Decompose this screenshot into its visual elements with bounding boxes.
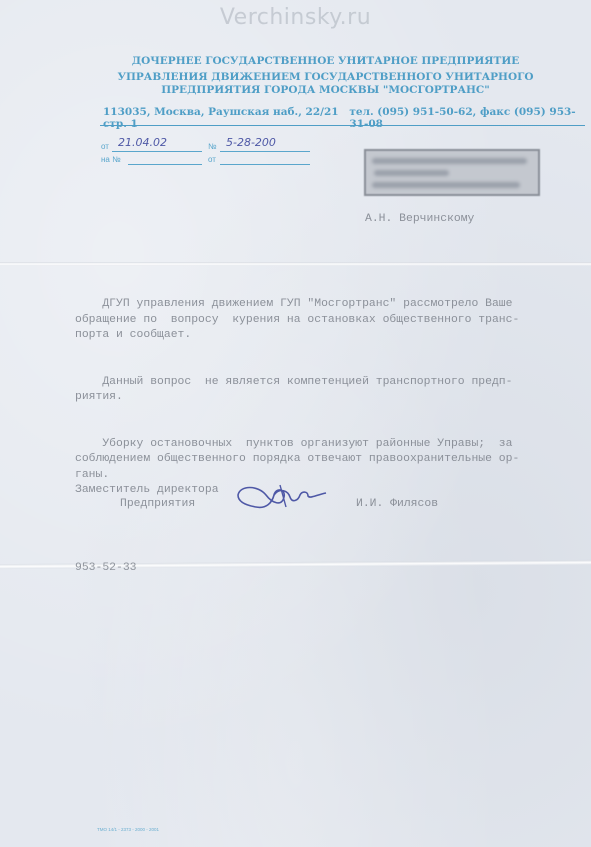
- number-label: №: [208, 142, 217, 151]
- addressee: А.Н. Верчинскому: [365, 213, 474, 225]
- letterhead-contacts: тел. (095) 951-50-62, факс (095) 953-31-…: [349, 106, 583, 130]
- body-paragraph: ДГУП управления движением ГУП "Мосгортра…: [75, 297, 575, 344]
- letterhead-divider: [100, 125, 585, 126]
- handwritten-date: 21.04.02: [118, 136, 167, 149]
- signatory-title-line-2: Предприятия: [120, 498, 195, 510]
- number-underline: [220, 151, 310, 152]
- form-code: ТМО 14/1 - 2373 - 2000 - 2001: [97, 827, 159, 832]
- watermark: Verchinsky.ru: [0, 5, 591, 30]
- handwritten-signature: [236, 481, 328, 513]
- body-paragraph: Уборку остановочных пунктов организуют р…: [75, 437, 575, 484]
- body-paragraph: Данный вопрос не является компетенцией т…: [75, 375, 575, 406]
- reply-from-label: от: [208, 155, 216, 164]
- signatory-title-line-1: Заместитель директора: [75, 484, 219, 496]
- signatory-name: И.И. Филясов: [356, 498, 438, 510]
- handwritten-number: 5-28-200: [226, 136, 276, 149]
- letterhead-line-1: ДОЧЕРНЕЕ ГОСУДАРСТВЕННОЕ УНИТАРНОЕ ПРЕДП…: [30, 55, 591, 67]
- date-label: от: [101, 142, 109, 151]
- redacted-recipient-box: [364, 149, 540, 196]
- letter-body: ДГУП управления движением ГУП "Мосгортра…: [75, 266, 575, 499]
- letterhead-line-3: ПРЕДПРИЯТИЯ ГОРОДА МОСКВЫ "МОСГОРТРАНС": [30, 84, 591, 96]
- letterhead-line-2: УПРАВЛЕНИЯ ДВИЖЕНИЕМ ГОСУДАРСТВЕННОГО УН…: [30, 71, 591, 83]
- reply-to-underline: [128, 164, 202, 165]
- reply-from-underline: [220, 164, 310, 165]
- date-underline: [112, 151, 202, 152]
- executor-phone: 953-52-33: [75, 562, 137, 574]
- reply-to-label: на №: [101, 155, 121, 164]
- letterhead-address-row: 113035, Москва, Раушская наб., 22/21 стр…: [103, 106, 583, 130]
- letterhead-address: 113035, Москва, Раушская наб., 22/21 стр…: [103, 106, 349, 130]
